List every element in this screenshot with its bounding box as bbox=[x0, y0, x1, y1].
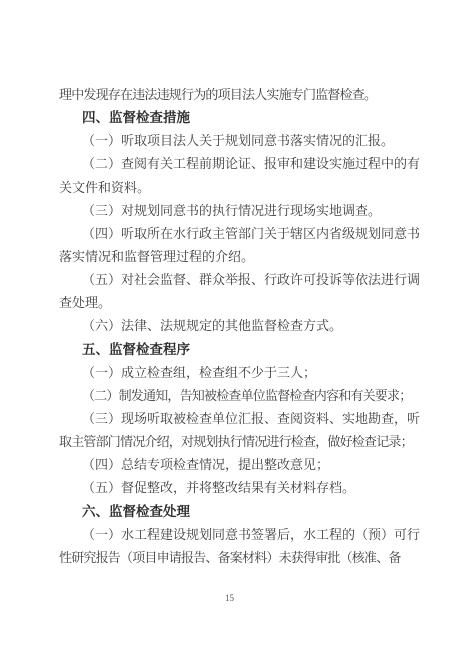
section-heading: 六、监督检查处理 bbox=[59, 500, 416, 523]
text-block: 理中发现存在违法违规行为的项目法人实施专门监督检查。四、监督检查措施（一）听取项… bbox=[59, 83, 416, 569]
text-line: 取主管部门情况介绍，对规划执行情况进行检查，做好检查记录； bbox=[59, 430, 416, 453]
text-line: （四）听取所在水行政主管部门关于辖区内省级规划同意书 bbox=[59, 222, 416, 245]
text-line: 关文件和资料。 bbox=[59, 176, 416, 199]
text-line: （四）总结专项检查情况，提出整改意见； bbox=[59, 453, 416, 476]
text-line: （一）听取项目法人关于规划同意书落实情况的汇报。 bbox=[59, 129, 416, 152]
text-line: （五）对社会监督、群众举报、行政许可投诉等依法进行调 bbox=[59, 268, 416, 291]
text-line: （五）督促整改，并将整改结果有关材料存档。 bbox=[59, 476, 416, 499]
text-line: （三）现场听取被检查单位汇报、查阅资料、实地勘查，听 bbox=[59, 407, 416, 430]
text-line: （二）查阅有关工程前期论证、报审和建设实施过程中的有 bbox=[59, 152, 416, 175]
text-line: 理中发现存在违法违规行为的项目法人实施专门监督检查。 bbox=[59, 83, 416, 106]
text-line: （三）对规划同意书的执行情况进行现场实地调查。 bbox=[59, 199, 416, 222]
section-heading: 四、监督检查措施 bbox=[59, 106, 416, 129]
text-line: （一）水工程建设规划同意书签署后，水工程的（预）可行 bbox=[59, 523, 416, 546]
text-line: 性研究报告（项目申请报告、备案材料）未获得审批（核准、备 bbox=[59, 546, 416, 569]
text-line: （二）制发通知，告知被检查单位监督检查内容和有关要求； bbox=[59, 384, 416, 407]
text-line: 查处理。 bbox=[59, 291, 416, 314]
text-line: （一）成立检查组，检查组不少于三人； bbox=[59, 361, 416, 384]
section-heading: 五、监督检查程序 bbox=[59, 338, 416, 361]
text-line: （六）法律、法规规定的其他监督检查方式。 bbox=[59, 314, 416, 337]
document-page: 理中发现存在违法违规行为的项目法人实施专门监督检查。四、监督检查措施（一）听取项… bbox=[0, 0, 459, 650]
text-line: 落实情况和监督管理过程的介绍。 bbox=[59, 245, 416, 268]
page-number: 15 bbox=[0, 593, 459, 603]
